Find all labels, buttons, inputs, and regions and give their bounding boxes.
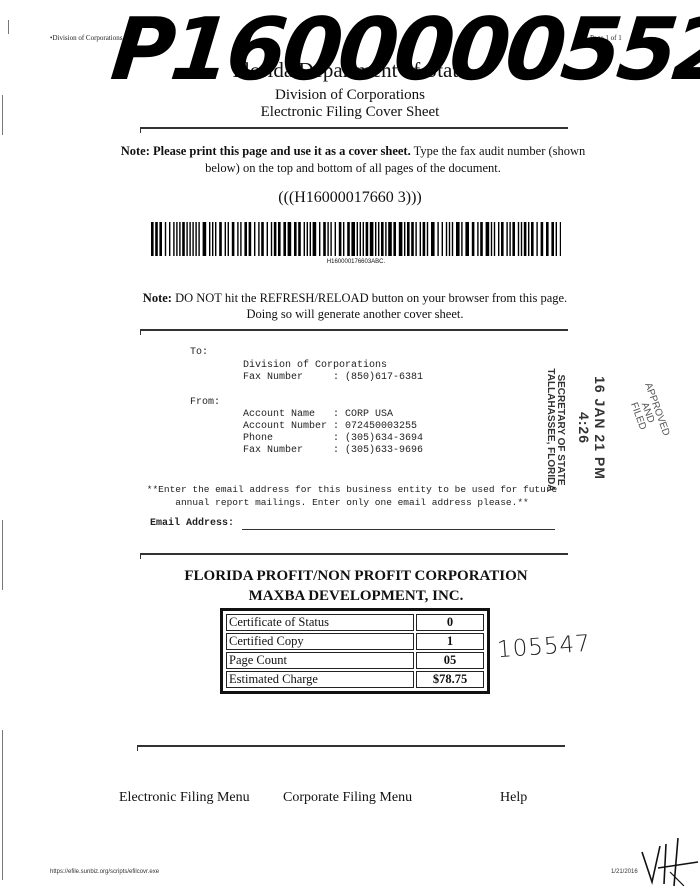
refresh-warning-note: Note: DO NOT hit the REFRESH/RELOAD butt…: [130, 290, 580, 322]
divider-tick: [140, 329, 141, 335]
fee-value: 05: [416, 652, 484, 669]
email-address-field[interactable]: [242, 529, 555, 530]
divider-tick: [140, 127, 141, 133]
handwritten-note: 105547: [496, 631, 591, 663]
approved-and-filed-stamp: APPROVED AND FILED: [621, 375, 673, 451]
corporate-filing-menu-link[interactable]: Corporate Filing Menu: [283, 790, 412, 806]
divider: [140, 329, 568, 331]
fees-table: Certificate of Status 0 Certified Copy 1…: [220, 608, 490, 694]
scan-edge-mark: [8, 20, 9, 34]
to-recipient: Division of Corporations: [243, 360, 387, 372]
print-instruction-note: Note: Please print this page and use it …: [120, 143, 586, 177]
footer-date: 1/21/2016: [611, 869, 638, 875]
barcode-text: H160000176603ABC.: [0, 259, 700, 265]
electronic-filing-menu-link[interactable]: Electronic Filing Menu: [119, 790, 250, 806]
fee-label: Page Count: [226, 652, 414, 669]
footer-url: https://efile.sunbiz.org/scripts/efilcov…: [50, 869, 159, 875]
email-instruction: **Enter the email address for this busin…: [112, 483, 592, 509]
to-fax-number: Fax Number : (850)617-6381: [243, 372, 423, 384]
divider-tick: [137, 745, 138, 751]
fee-value: 0: [416, 614, 484, 631]
refresh-note-bold: Note:: [143, 291, 172, 305]
to-label: To:: [190, 347, 208, 359]
entity-name: MAXBA DEVELOPMENT, INC.: [0, 588, 700, 605]
from-account-number: Account Number : 072450003255: [243, 421, 417, 433]
page-subtitle-cover-sheet: Electronic Filing Cover Sheet: [0, 104, 700, 121]
from-phone: Phone : (305)634-3694: [243, 433, 423, 445]
handwritten-initials-icon: [640, 838, 700, 886]
fax-audit-number: (((H16000017660 3))): [0, 189, 700, 207]
help-link[interactable]: Help: [500, 790, 527, 806]
from-label: From:: [190, 397, 220, 409]
email-address-label: Email Address:: [150, 518, 234, 529]
stamp-secretary-line: SECRETARY OF STATE: [555, 365, 565, 495]
print-note-bold: Note: Please print this page and use it …: [121, 144, 411, 158]
table-row: Certificate of Status 0: [226, 614, 484, 631]
handwritten-document-number: P16000005526: [107, 0, 700, 100]
secretary-of-state-stamp: SECRETARY OF STATE TALLAHASSEE, FLORIDA: [545, 365, 565, 495]
scan-edge-mark: [2, 730, 3, 880]
from-fax-number: Fax Number : (305)633-9696: [243, 445, 423, 457]
fee-label: Certified Copy: [226, 633, 414, 650]
fee-label: Estimated Charge: [226, 671, 414, 688]
fee-value: $78.75: [416, 671, 484, 688]
entity-type: FLORIDA PROFIT/NON PROFIT CORPORATION: [0, 568, 700, 585]
browser-header-title: •Division of Corporations: [50, 34, 122, 42]
table-row: Estimated Charge $78.75: [226, 671, 484, 688]
barcode: [151, 222, 561, 256]
table-row: Page Count 05: [226, 652, 484, 669]
table-row: Certified Copy 1: [226, 633, 484, 650]
fee-label: Certificate of Status: [226, 614, 414, 631]
stamp-tallahassee-line: TALLAHASSEE, FLORIDA: [545, 365, 555, 495]
divider-tick: [140, 553, 141, 559]
divider: [140, 127, 568, 129]
divider: [140, 553, 568, 555]
refresh-note-rest: DO NOT hit the REFRESH/RELOAD button on …: [172, 291, 567, 321]
from-account-name: Account Name : CORP USA: [243, 409, 393, 421]
divider: [137, 745, 565, 747]
date-time-stamp: 16 JAN 21 PM 4:26: [576, 358, 608, 498]
fee-value: 1: [416, 633, 484, 650]
